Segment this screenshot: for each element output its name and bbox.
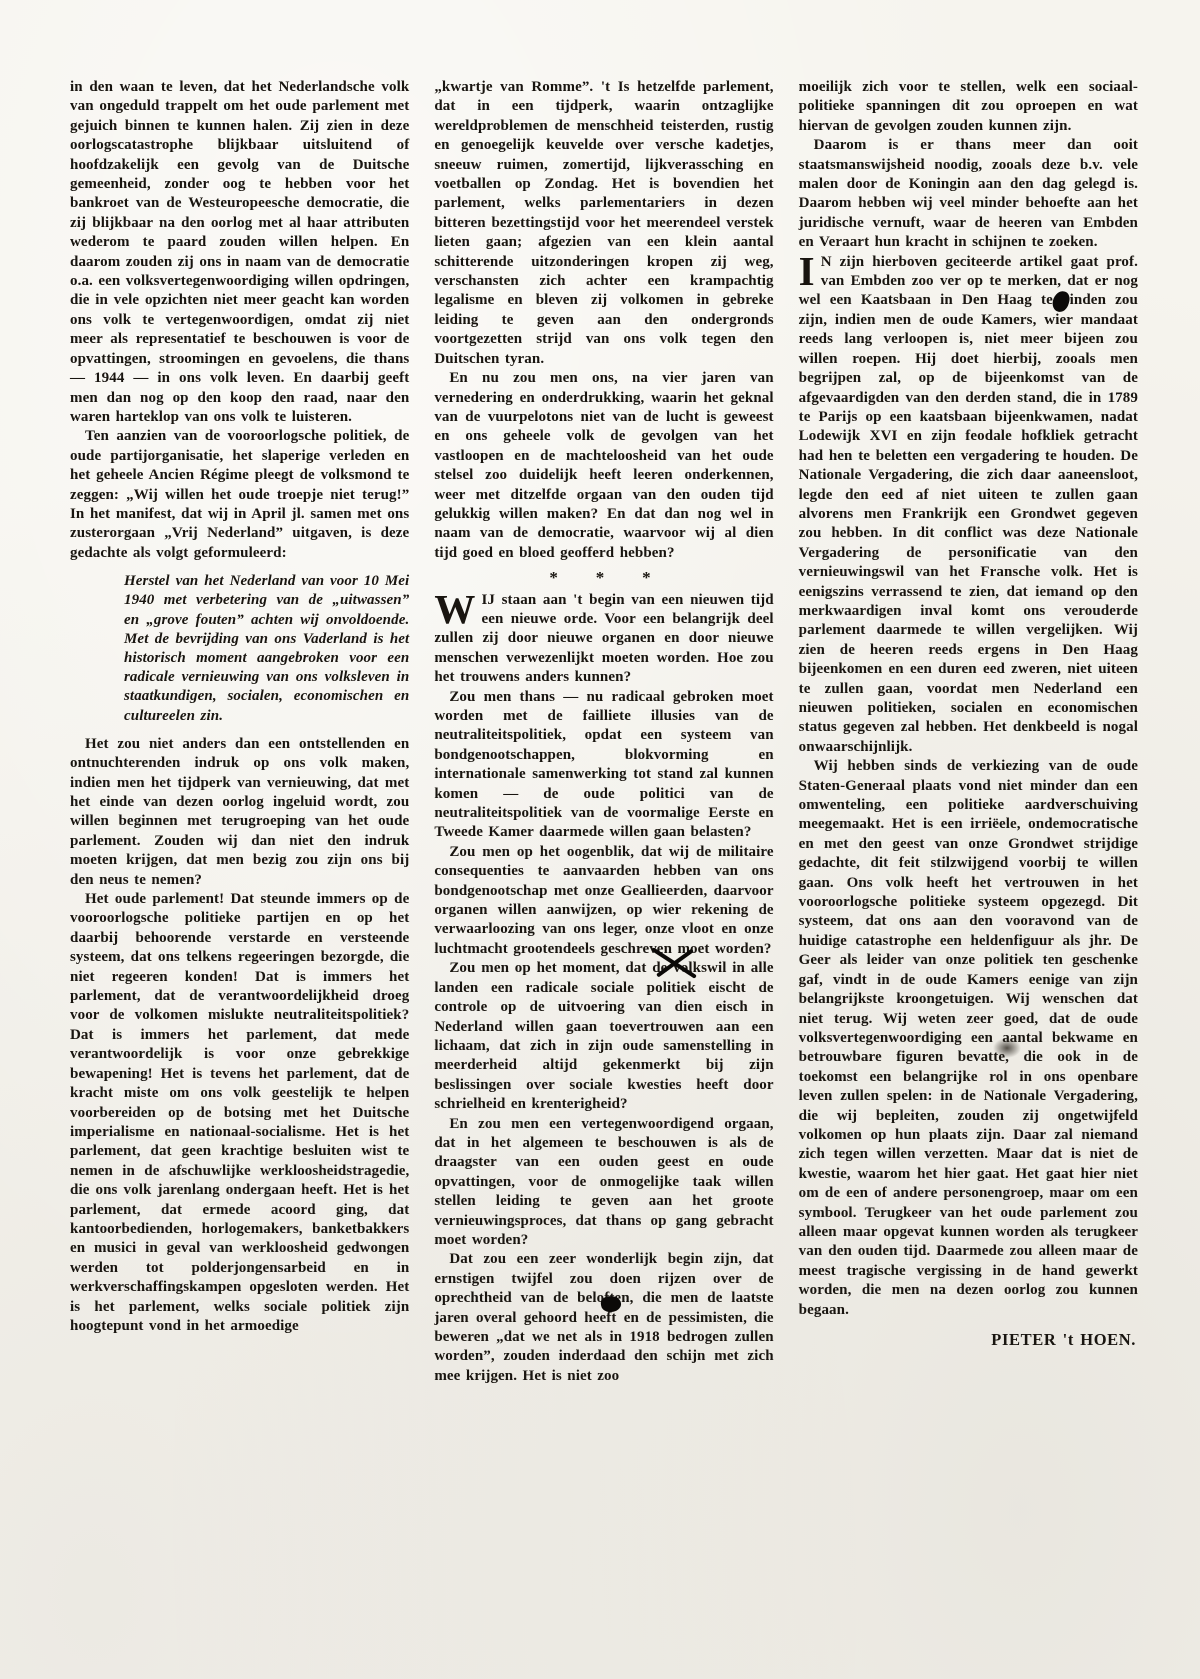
author-signature: PIETER 't HOEN. xyxy=(799,1330,1136,1349)
paragraph: Het zou niet anders dan een ontstellende… xyxy=(70,735,409,890)
ink-smudge xyxy=(993,1038,1021,1058)
paragraph-dropcap: WIJ staan aan 't begin van een nieuwen t… xyxy=(434,591,773,688)
newspaper-page: in den waan te leven, dat het Nederlands… xyxy=(70,78,1138,1386)
paragraph: Zou men thans — nu radicaal gebroken moe… xyxy=(434,688,773,843)
section-separator: * * * xyxy=(442,568,773,587)
paragraph: En zou men een vertegenwoordigend orgaan… xyxy=(434,1115,773,1251)
paragraph-dropcap: IN zijn hierboven geciteerde artikel gaa… xyxy=(799,253,1138,758)
drop-cap-letter: W xyxy=(434,591,481,625)
column-2: „kwartje van Romme”. 't Is hetzelfde par… xyxy=(434,78,773,1386)
paragraph: Ten aanzien van de vooroorlogsche politi… xyxy=(70,427,409,563)
drop-cap-letter: I xyxy=(799,253,821,287)
paragraph: En nu zou men ons, na vier jaren van ver… xyxy=(434,369,773,563)
paragraph: Zou men op het oogenblik, dat wij de mil… xyxy=(434,843,773,959)
paragraph: moeilijk zich voor te stellen, welk een … xyxy=(799,78,1138,136)
ink-scratch-x xyxy=(648,942,700,984)
paragraph: Wij hebben sinds de verkiezing van de ou… xyxy=(799,757,1138,1320)
paragraph: Zou men op het moment, dat de volkswil i… xyxy=(434,959,773,1114)
paragraph: Het oude parlement! Dat steunde immers o… xyxy=(70,890,409,1336)
column-1: in den waan te leven, dat het Nederlands… xyxy=(70,78,409,1386)
paragraph: in den waan te leven, dat het Nederlands… xyxy=(70,78,409,427)
paragraph: „kwartje van Romme”. 't Is hetzelfde par… xyxy=(434,78,773,369)
paragraph: Daarom is er thans meer dan ooit staatsm… xyxy=(799,136,1138,252)
manifest-quote: Herstel van het Nederland van voor 10 Me… xyxy=(124,572,409,726)
paragraph: Dat zou een zeer wonderlijk begin zijn, … xyxy=(434,1250,773,1386)
column-3: moeilijk zich voor te stellen, welk een … xyxy=(799,78,1138,1386)
